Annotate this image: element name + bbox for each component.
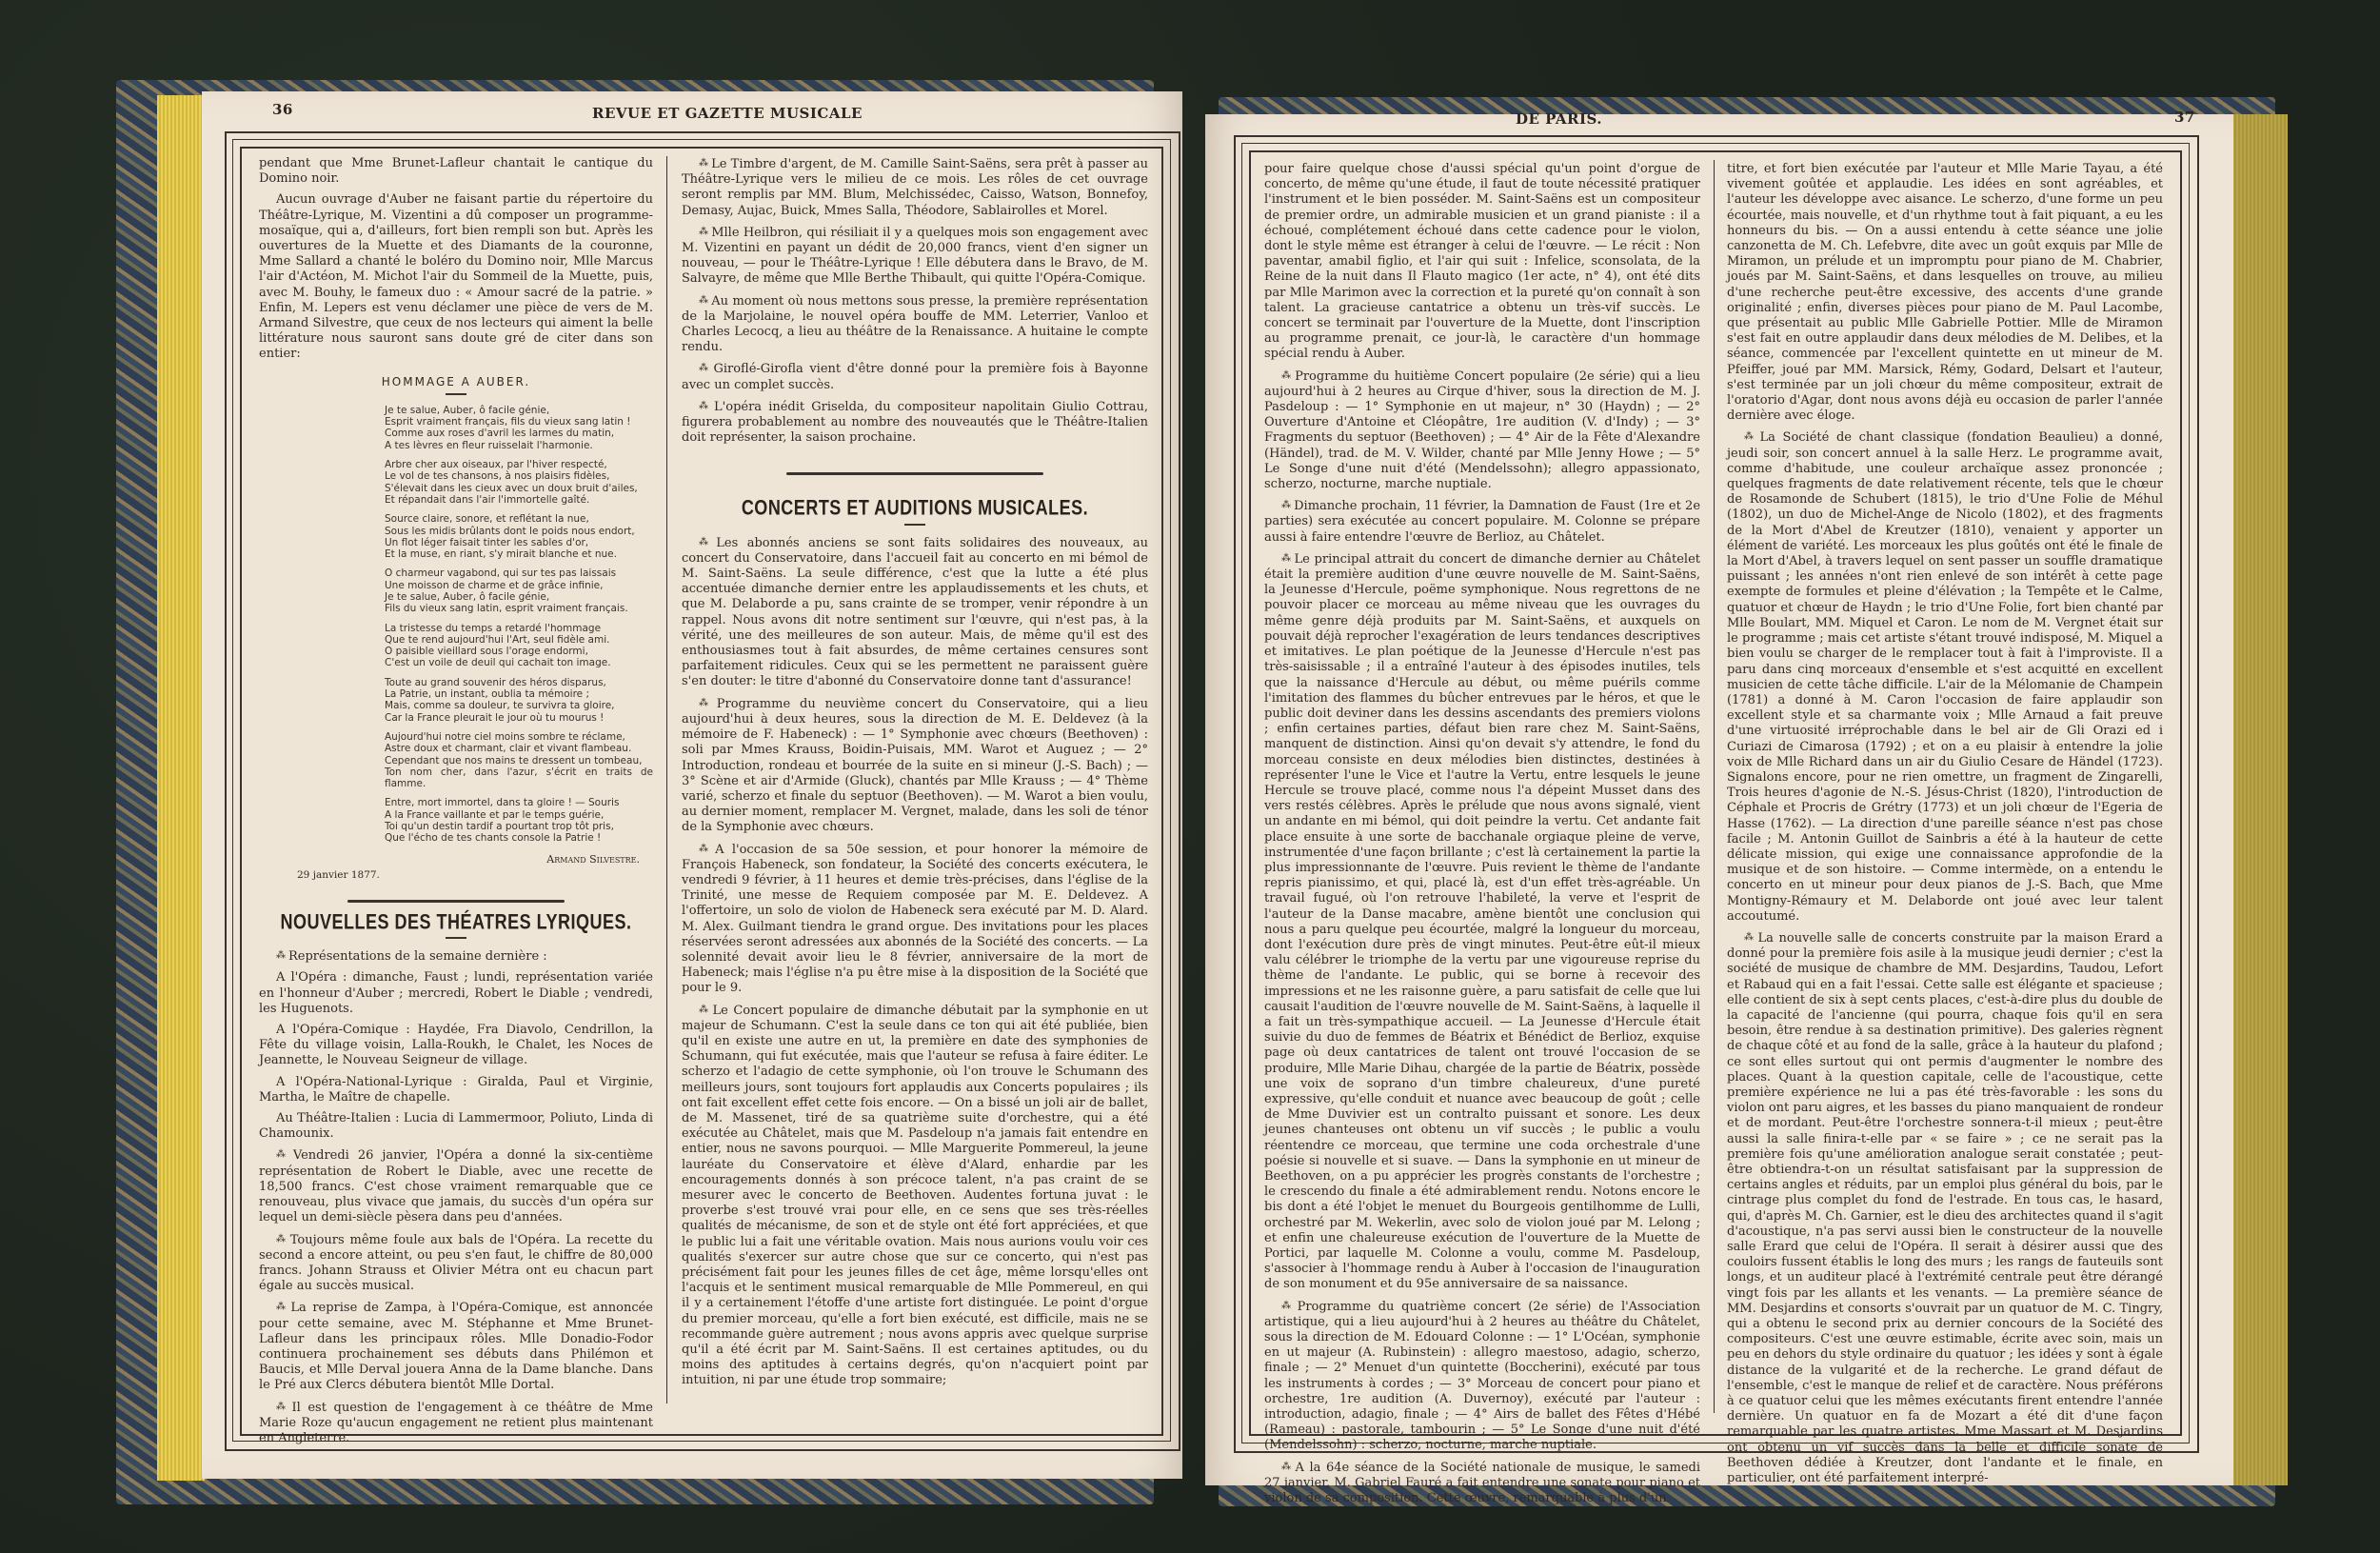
asterism-icon: ⁂ [699, 363, 709, 373]
poem-line: Astre doux et charmant, clair et vivant … [385, 743, 653, 754]
poem-line: Car la France pleurait le jour où tu mou… [385, 712, 653, 724]
asterism-icon: ⁂ [1281, 370, 1291, 381]
asterism-icon: ⁂ [699, 537, 712, 548]
news-text: Toujours même foule aux bals de l'Opéra.… [259, 1233, 653, 1294]
poem-stanza: Entre, mort immortel, dans ta gloire ! —… [385, 797, 653, 844]
right-page: DE PARIS. 37 pour faire quelque chose d'… [1205, 114, 2233, 1485]
asterism-icon: ⁂ [699, 698, 713, 708]
paragraph: Aucun ouvrage d'Auber ne faisant partie … [259, 192, 653, 362]
news-item: Au Théâtre-Italien : Lucia di Lammermoor… [259, 1111, 653, 1142]
poem-line: Une moisson de charme et de grâce infini… [385, 580, 653, 591]
news-text: Les abonnés anciens se sont faits solida… [682, 536, 1148, 689]
poem-line: Arbre cher aux oiseaux, par l'hiver resp… [385, 459, 653, 470]
poem-line: Je te salue, Auber, ô facile génie, [385, 591, 653, 603]
news-item: ⁂Le Timbre d'argent, de M. Camille Saint… [682, 156, 1148, 219]
asterism-icon: ⁂ [699, 227, 707, 237]
news-item: ⁂Programme du quatrième concert (2e séri… [1264, 1299, 1700, 1454]
news-item: ⁂Programme du huitième Concert populaire… [1264, 368, 1700, 493]
news-item: ⁂Dimanche prochain, 11 février, la Damna… [1264, 498, 1700, 546]
poem-line: Source claire, sonore, et reflétant la n… [385, 513, 653, 525]
news-text: Au moment où nous mettons sous presse, l… [682, 294, 1148, 355]
poem-line: C'est un voile de deuil qui cachait ton … [385, 657, 653, 668]
news-item: ⁂A l'occasion de sa 50e session, et pour… [682, 842, 1148, 997]
asterism-icon: ⁂ [276, 1149, 289, 1160]
poem-line: O paisible vieillard sous l'orage endorm… [385, 646, 653, 657]
poem-line: Et la muse, en riant, s'y mirait blanche… [385, 548, 653, 560]
news-item: ⁂Mlle Heilbron, qui résiliait il y a que… [682, 225, 1148, 288]
news-text: A la 64e séance de la Société nationale … [1264, 1461, 1700, 1505]
right-column-1: pour faire quelque chose d'aussi spécial… [1264, 162, 1700, 1512]
page-number-left: 36 [272, 101, 293, 118]
news-text: Le Concert populaire de dimanche débutai… [682, 1004, 1148, 1388]
asterism-icon: ⁂ [1281, 1462, 1291, 1472]
poem-line: Le vol de tes chansons, à nos plaisirs f… [385, 470, 653, 482]
asterism-icon: ⁂ [276, 1302, 287, 1312]
poem-title: HOMMAGE A AUBER. [259, 374, 653, 389]
news-item: ⁂L'opéra inédit Griselda, du compositeur… [682, 399, 1148, 447]
right-column-2: titre, et fort bien exécutée par l'auteu… [1727, 162, 2163, 1492]
news-text: Il est question de l'engagement à ce thé… [259, 1401, 653, 1445]
gilt-page-edges-right [2232, 114, 2288, 1485]
asterism-icon: ⁂ [699, 1005, 708, 1015]
asterism-icon: ⁂ [1744, 932, 1755, 943]
asterism-icon: ⁂ [699, 844, 711, 854]
news-item: ⁂La reprise de Zampa, à l'Opéra-Comique,… [259, 1300, 653, 1393]
news-text: La reprise de Zampa, à l'Opéra-Comique, … [259, 1301, 653, 1392]
poem-line: Comme aux roses d'avril les larmes du ma… [385, 428, 653, 439]
news-text: Dimanche prochain, 11 février, la Damnat… [1264, 499, 1700, 544]
poem-line: Fils du vieux sang latin, esprit vraimen… [385, 603, 653, 614]
asterism-icon: ⁂ [276, 950, 285, 961]
news-item: ⁂Programme du neuvième concert du Conser… [682, 696, 1148, 836]
poem-signature: Armand Silvestre. [259, 852, 640, 867]
poem-line: Ton nom cher, dans l'azur, s'écrit en tr… [385, 767, 653, 790]
news-text: Programme du huitième Concert populaire … [1264, 369, 1700, 491]
poem-stanza: Je te salue, Auber, ô facile génie, Espr… [385, 405, 653, 451]
poem-stanza: Arbre cher aux oiseaux, par l'hiver resp… [385, 459, 653, 506]
news-item: ⁂Vendredi 26 janvier, l'Opéra a donné la… [259, 1147, 653, 1225]
news-text: Mlle Heilbron, qui résiliait il y a quel… [682, 226, 1148, 287]
asterism-icon: ⁂ [699, 401, 710, 411]
news-item: ⁂Giroflé-Girofla vient d'être donné pour… [682, 361, 1148, 392]
page-number-right: 37 [2174, 109, 2195, 126]
asterism-icon: ⁂ [276, 1402, 288, 1412]
poem-line: Un flot léger faisait tinter les sables … [385, 537, 653, 548]
poem-line: Entre, mort immortel, dans ta gloire ! —… [385, 797, 653, 808]
poem-line: Cependant que nos mains te dressent un t… [385, 755, 653, 767]
section-title-concerts: CONCERTS ET AUDITIONS MUSICALES. [682, 498, 1148, 517]
news-text: Représentations de la semaine dernière : [288, 949, 547, 964]
poem-line: Sous les midis brûlants dont le poids no… [385, 526, 653, 537]
asterism-icon: ⁂ [276, 1234, 287, 1244]
poem-stanza: Aujourd'hui notre ciel moins sombre te r… [385, 731, 653, 789]
news-item: ⁂La Société de chant classique (fondatio… [1727, 429, 2163, 925]
poem-stanza: Source claire, sonore, et reflétant la n… [385, 513, 653, 560]
poem-date: 29 janvier 1877. [297, 867, 653, 883]
column-divider [1714, 160, 1715, 1413]
paragraph: titre, et fort bien exécutée par l'auteu… [1727, 162, 2163, 424]
title-rule [446, 393, 466, 395]
news-item: ⁂Représentations de la semaine dernière … [259, 948, 653, 965]
poem-line: Aujourd'hui notre ciel moins sombre te r… [385, 731, 653, 743]
asterism-icon: ⁂ [1744, 431, 1756, 442]
left-column-2: ⁂Le Timbre d'argent, de M. Camille Saint… [682, 156, 1148, 1395]
running-head-left: REVUE ET GAZETTE MUSICALE [592, 105, 863, 122]
news-text: Programme du quatrième concert (2e série… [1264, 1300, 1700, 1453]
news-item: ⁂La nouvelle salle de concerts construit… [1727, 930, 2163, 1486]
poem-line: Toute au grand souvenir des héros dispar… [385, 677, 653, 688]
poem-line: Je te salue, Auber, ô facile génie, [385, 405, 653, 416]
poem-stanza: La tristesse du temps a retardé l'hommag… [385, 623, 653, 669]
news-text: Programme du neuvième concert du Conserv… [682, 697, 1148, 835]
news-item: A l'Opéra-Comique : Haydée, Fra Diavolo,… [259, 1023, 653, 1069]
poem-stanza: O charmeur vagabond, qui sur tes pas lai… [385, 567, 653, 614]
news-item: A l'Opéra-National-Lyrique : Giralda, Pa… [259, 1075, 653, 1105]
news-text: Giroflé-Girofla vient d'être donné pour … [682, 362, 1148, 391]
news-text: Le principal attrait du concert de diman… [1264, 552, 1700, 1292]
poem-line: Et répandait dans l'air l'immortelle gaî… [385, 494, 653, 506]
poem-line: Toi qu'un destin tardif a pourtant trop … [385, 821, 653, 832]
poem-line: Esprit vraiment français, fils du vieux … [385, 416, 653, 428]
poem-line: Mais, comme sa douleur, te survivra ta g… [385, 700, 653, 711]
asterism-icon: ⁂ [1281, 1301, 1294, 1311]
poem-line: A la France vaillante et par le temps gu… [385, 809, 653, 821]
asterism-icon: ⁂ [1281, 553, 1291, 564]
poem-hommage-a-auber: Je te salue, Auber, ô facile génie, Espr… [385, 405, 653, 845]
news-item: ⁂Le principal attrait du concert de dima… [1264, 551, 1700, 1293]
poem-line: Que te rend aujourd'hui l'Art, seul fidè… [385, 634, 653, 646]
gilt-page-edges-left [157, 95, 205, 1481]
section-rule [347, 900, 565, 903]
running-head-right: DE PARIS. [1516, 110, 1602, 128]
news-item: ⁂Toujours même foule aux bals de l'Opéra… [259, 1232, 653, 1295]
poem-line: La Patrie, un instant, oublia ta mémoire… [385, 688, 653, 700]
news-text: Le Timbre d'argent, de M. Camille Saint-… [682, 157, 1148, 218]
left-page: 36 REVUE ET GAZETTE MUSICALE pendant que… [202, 91, 1182, 1479]
news-item: A l'Opéra : dimanche, Faust ; lundi, rep… [259, 970, 653, 1017]
asterism-icon: ⁂ [1281, 500, 1290, 510]
title-rule [446, 937, 466, 939]
news-text: A l'occasion de sa 50e session, et pour … [682, 843, 1148, 996]
poem-line: La tristesse du temps a retardé l'hommag… [385, 623, 653, 634]
news-item: ⁂A la 64e séance de la Société nationale… [1264, 1460, 1700, 1507]
poem-line: S'élevait dans les cieux avec un doux br… [385, 483, 653, 494]
news-item: ⁂Les abonnés anciens se sont faits solid… [682, 535, 1148, 690]
poem-line: O charmeur vagabond, qui sur tes pas lai… [385, 567, 653, 579]
poem-line: A tes lèvres en fleur ruisselait l'harmo… [385, 440, 653, 451]
news-item: ⁂Le Concert populaire de dimanche débuta… [682, 1003, 1148, 1389]
poem-stanza: Toute au grand souvenir des héros dispar… [385, 677, 653, 724]
news-text: Vendredi 26 janvier, l'Opéra a donné la … [259, 1148, 653, 1224]
news-item: ⁂Au moment où nous mettons sous presse, … [682, 293, 1148, 356]
paragraph: pendant que Mme Brunet-Lafleur chantait … [259, 156, 653, 187]
asterism-icon: ⁂ [699, 158, 707, 169]
poem-line: Que l'écho de tes chants console la Patr… [385, 832, 653, 844]
paragraph: pour faire quelque chose d'aussi spécial… [1264, 162, 1700, 363]
news-text: L'opéra inédit Griselda, du compositeur … [682, 400, 1148, 445]
news-text: La Société de chant classique (fondation… [1727, 430, 2163, 923]
title-rule [904, 524, 925, 526]
section-title-theatres: NOUVELLES DES THÉATRES LYRIQUES. [259, 912, 653, 931]
news-item: ⁂Il est question de l'engagement à ce th… [259, 1400, 653, 1447]
section-rule [786, 472, 1043, 475]
left-column-1: pendant que Mme Brunet-Lafleur chantait … [259, 156, 653, 1452]
column-divider [666, 156, 667, 1404]
asterism-icon: ⁂ [699, 295, 707, 306]
news-text: La nouvelle salle de concerts construite… [1727, 931, 2163, 1485]
